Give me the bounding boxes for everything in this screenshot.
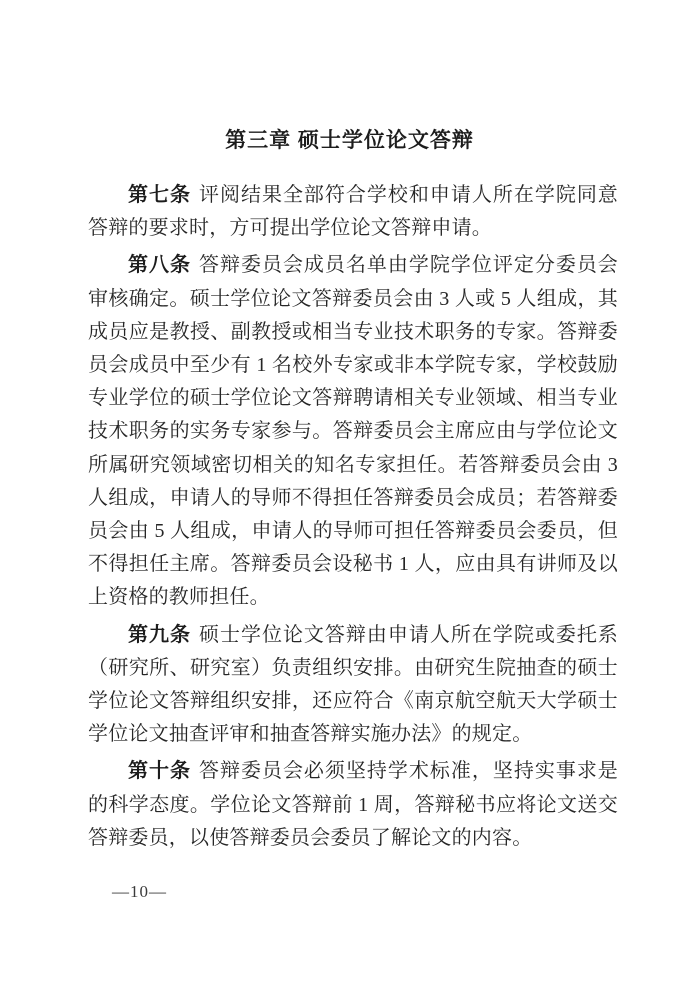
article-number: 第九条 — [128, 624, 191, 646]
article-paragraph-9: 第九条硕士学位论文答辩由申请人所在学院或委托系（研究所、研究室）负责组织安排。由… — [88, 619, 618, 752]
document-body: 第七条评阅结果全部符合学校和申请人所在学院同意答辩的要求时，方可提出学位论文答辩… — [88, 179, 618, 855]
article-paragraph-7: 第七条评阅结果全部符合学校和申请人所在学院同意答辩的要求时，方可提出学位论文答辩… — [88, 179, 618, 245]
article-text: 答辩委员会成员名单由学院学位评定分委员会审核确定。硕士学位论文答辩委员会由 3 … — [88, 254, 618, 608]
chapter-title: 第三章 硕士学位论文答辩 — [0, 0, 699, 154]
document-page: 第三章 硕士学位论文答辩 第七条评阅结果全部符合学校和申请人所在学院同意答辩的要… — [0, 0, 699, 989]
article-paragraph-8: 第八条答辩委员会成员名单由学院学位评定分委员会审核确定。硕士学位论文答辩委员会由… — [88, 249, 618, 614]
article-paragraph-10: 第十条答辩委员会必须坚持学术标准，坚持实事求是的科学态度。学位论文答辩前 1 周… — [88, 755, 618, 855]
article-number: 第七条 — [128, 184, 191, 206]
article-number: 第十条 — [128, 760, 191, 782]
article-number: 第八条 — [128, 254, 191, 276]
page-number: —10— — [112, 882, 167, 902]
